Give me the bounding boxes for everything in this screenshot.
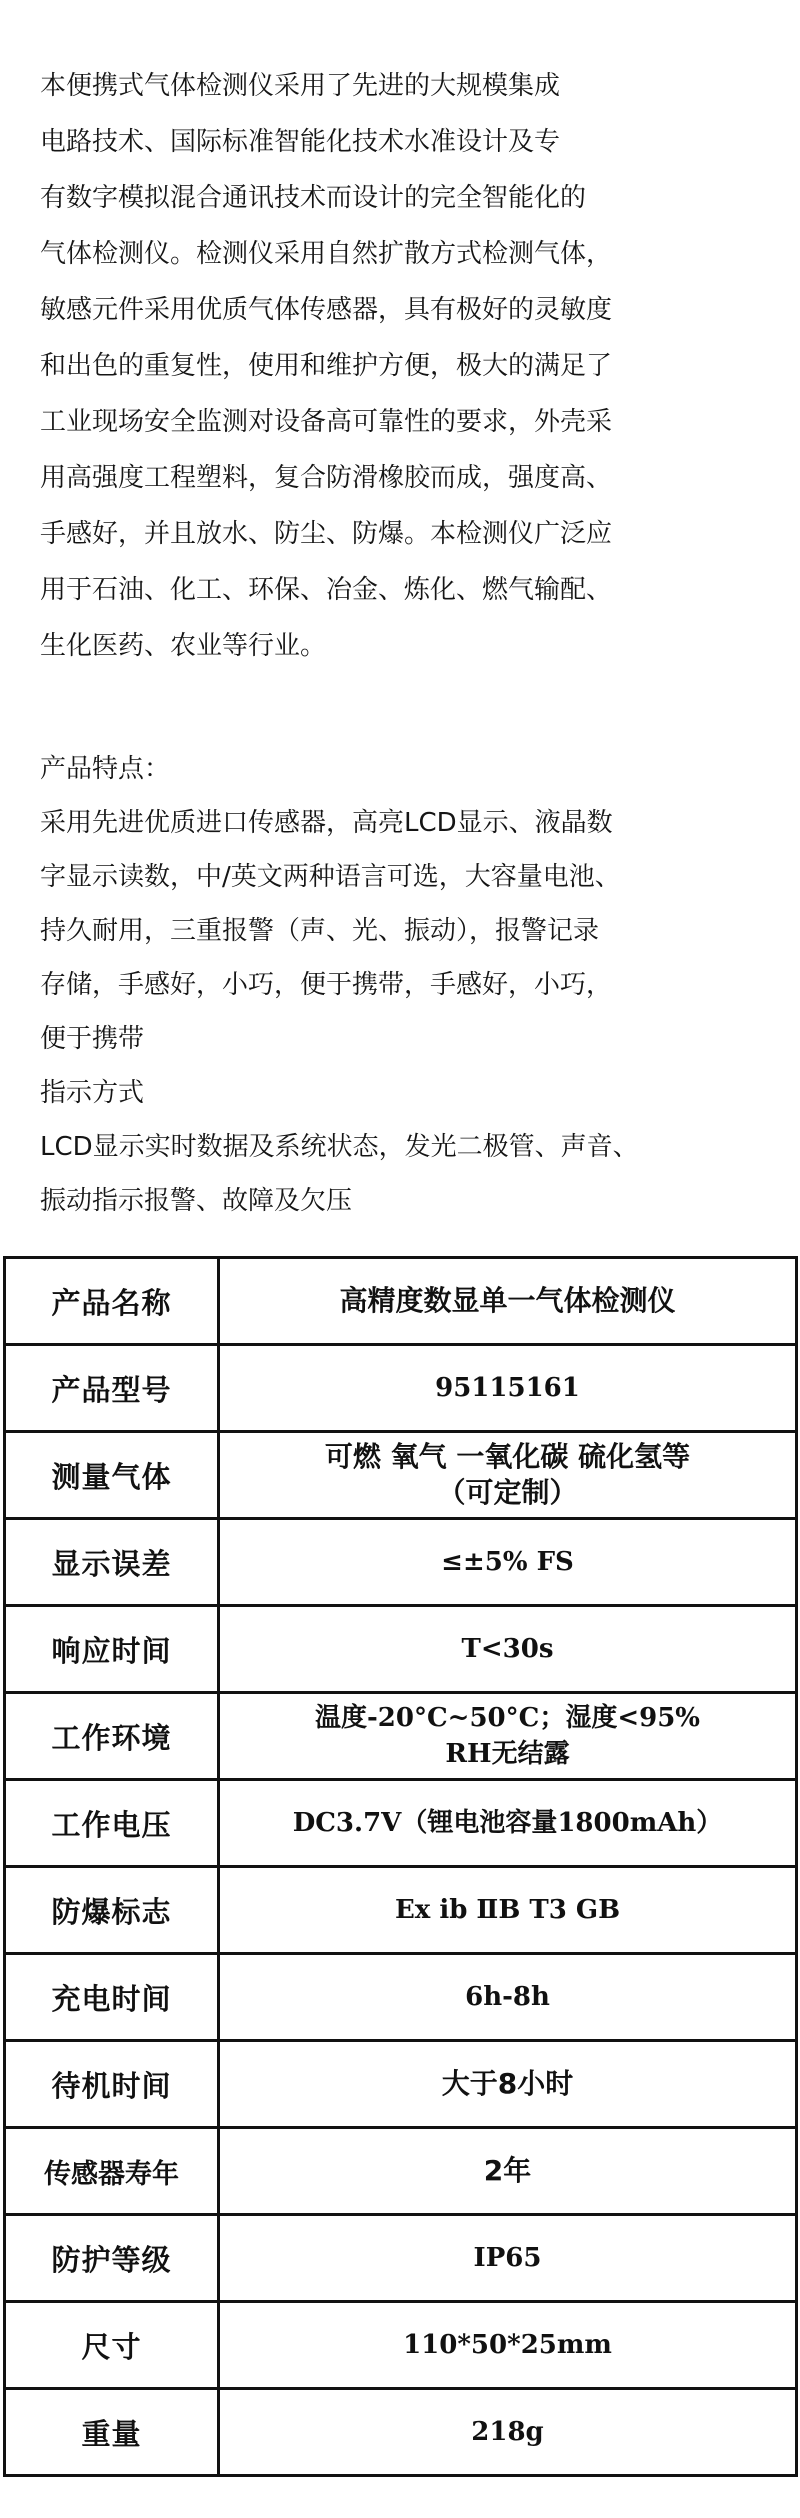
features-line: 持久耐用，三重报警（声、光、振动），报警记录 (40, 904, 800, 958)
spec-value: Ex ib ⅡB T3 GB (219, 1867, 797, 1954)
description-line: 生化医药、农业等行业。 (40, 618, 800, 674)
spec-key: 显示误差 (5, 1519, 219, 1606)
spec-value: 大于8小时 (219, 2041, 797, 2128)
spec-value: ≤±5% FS (219, 1519, 797, 1606)
description-line: 手感好，并且放水、防尘、防爆。本检测仪广泛应 (40, 506, 800, 562)
spec-value-line: （可定制） (220, 1475, 795, 1511)
spec-value: 温度-20°C~50°C；湿度<95% RH无结露 (219, 1693, 797, 1780)
features-line: 字显示读数，中/英文两种语言可选，大容量电池、 (40, 850, 800, 904)
table-row: 工作环境 温度-20°C~50°C；湿度<95% RH无结露 (5, 1693, 797, 1780)
table-row: 尺寸 110*50*25mm (5, 2302, 797, 2389)
spec-value: 218g (219, 2389, 797, 2476)
table-row: 工作电压 DC3.7V（锂电池容量1800mAh） (5, 1780, 797, 1867)
spec-value-line: 温度-20°C~50°C；湿度<95% (220, 1700, 795, 1736)
table-row: 产品型号 95115161 (5, 1345, 797, 1432)
product-description: 本便携式气体检测仪采用了先进的大规模集成 电路技术、国际标准智能化技术水准设计及… (40, 58, 800, 674)
features-line: 便于携带 (40, 1012, 800, 1066)
indication-line: LCD显示实时数据及系统状态，发光二极管、声音、 (40, 1120, 800, 1174)
features-heading: 产品特点： (40, 742, 800, 796)
table-row: 传感器寿年 2年 (5, 2128, 797, 2215)
spec-key: 充电时间 (5, 1954, 219, 2041)
table-row: 重量 218g (5, 2389, 797, 2476)
spec-value: 2年 (219, 2128, 797, 2215)
description-line: 敏感元件采用优质气体传感器，具有极好的灵敏度 (40, 282, 800, 338)
table-row: 响应时间 T<30s (5, 1606, 797, 1693)
description-line: 有数字模拟混合通讯技术而设计的完全智能化的 (40, 170, 800, 226)
table-row: 测量气体 可燃 氧气 一氧化碳 硫化氢等 （可定制） (5, 1432, 797, 1519)
spec-key: 响应时间 (5, 1606, 219, 1693)
table-row: 防护等级 IP65 (5, 2215, 797, 2302)
spec-value: 110*50*25mm (219, 2302, 797, 2389)
description-line: 工业现场安全监测对设备高可靠性的要求，外壳采 (40, 394, 800, 450)
spec-key: 传感器寿年 (5, 2128, 219, 2215)
spec-value-line: 可燃 氧气 一氧化碳 硫化氢等 (220, 1439, 795, 1475)
spec-value: 高精度数显单一气体检测仪 (219, 1258, 797, 1345)
spec-key: 工作电压 (5, 1780, 219, 1867)
spec-value: 6h-8h (219, 1954, 797, 2041)
spec-value: IP65 (219, 2215, 797, 2302)
spec-value: 可燃 氧气 一氧化碳 硫化氢等 （可定制） (219, 1432, 797, 1519)
features-line: 采用先进优质进口传感器，高亮LCD显示、液晶数 (40, 796, 800, 850)
spec-value: DC3.7V（锂电池容量1800mAh） (219, 1780, 797, 1867)
spec-key: 产品型号 (5, 1345, 219, 1432)
description-line: 本便携式气体检测仪采用了先进的大规模集成 (40, 58, 800, 114)
spec-key: 待机时间 (5, 2041, 219, 2128)
description-line: 用于石油、化工、环保、冶金、炼化、燃气输配、 (40, 562, 800, 618)
indication-heading: 指示方式 (40, 1066, 800, 1120)
spec-key: 重量 (5, 2389, 219, 2476)
spec-key: 测量气体 (5, 1432, 219, 1519)
table-row: 待机时间 大于8小时 (5, 2041, 797, 2128)
description-line: 和出色的重复性，使用和维护方便，极大的满足了 (40, 338, 800, 394)
description-line: 电路技术、国际标准智能化技术水准设计及专 (40, 114, 800, 170)
description-line: 气体检测仪。检测仪采用自然扩散方式检测气体， (40, 226, 800, 282)
indication-line: 振动指示报警、故障及欠压 (40, 1174, 800, 1228)
spec-key: 防爆标志 (5, 1867, 219, 1954)
table-row: 防爆标志 Ex ib ⅡB T3 GB (5, 1867, 797, 1954)
features-section: 产品特点： 采用先进优质进口传感器，高亮LCD显示、液晶数 字显示读数，中/英文… (40, 742, 800, 1228)
spec-key: 产品名称 (5, 1258, 219, 1345)
spec-value: T<30s (219, 1606, 797, 1693)
spec-key: 防护等级 (5, 2215, 219, 2302)
spec-key: 工作环境 (5, 1693, 219, 1780)
spec-key: 尺寸 (5, 2302, 219, 2389)
table-row: 显示误差 ≤±5% FS (5, 1519, 797, 1606)
description-line: 用高强度工程塑料，复合防滑橡胶而成，强度高、 (40, 450, 800, 506)
table-row: 充电时间 6h-8h (5, 1954, 797, 2041)
spec-value-line: RH无结露 (220, 1736, 795, 1772)
spec-table: 产品名称 高精度数显单一气体检测仪 产品型号 95115161 测量气体 可燃 … (3, 1256, 798, 2477)
table-row: 产品名称 高精度数显单一气体检测仪 (5, 1258, 797, 1345)
spec-value: 95115161 (219, 1345, 797, 1432)
features-line: 存储，手感好，小巧，便于携带，手感好，小巧， (40, 958, 800, 1012)
